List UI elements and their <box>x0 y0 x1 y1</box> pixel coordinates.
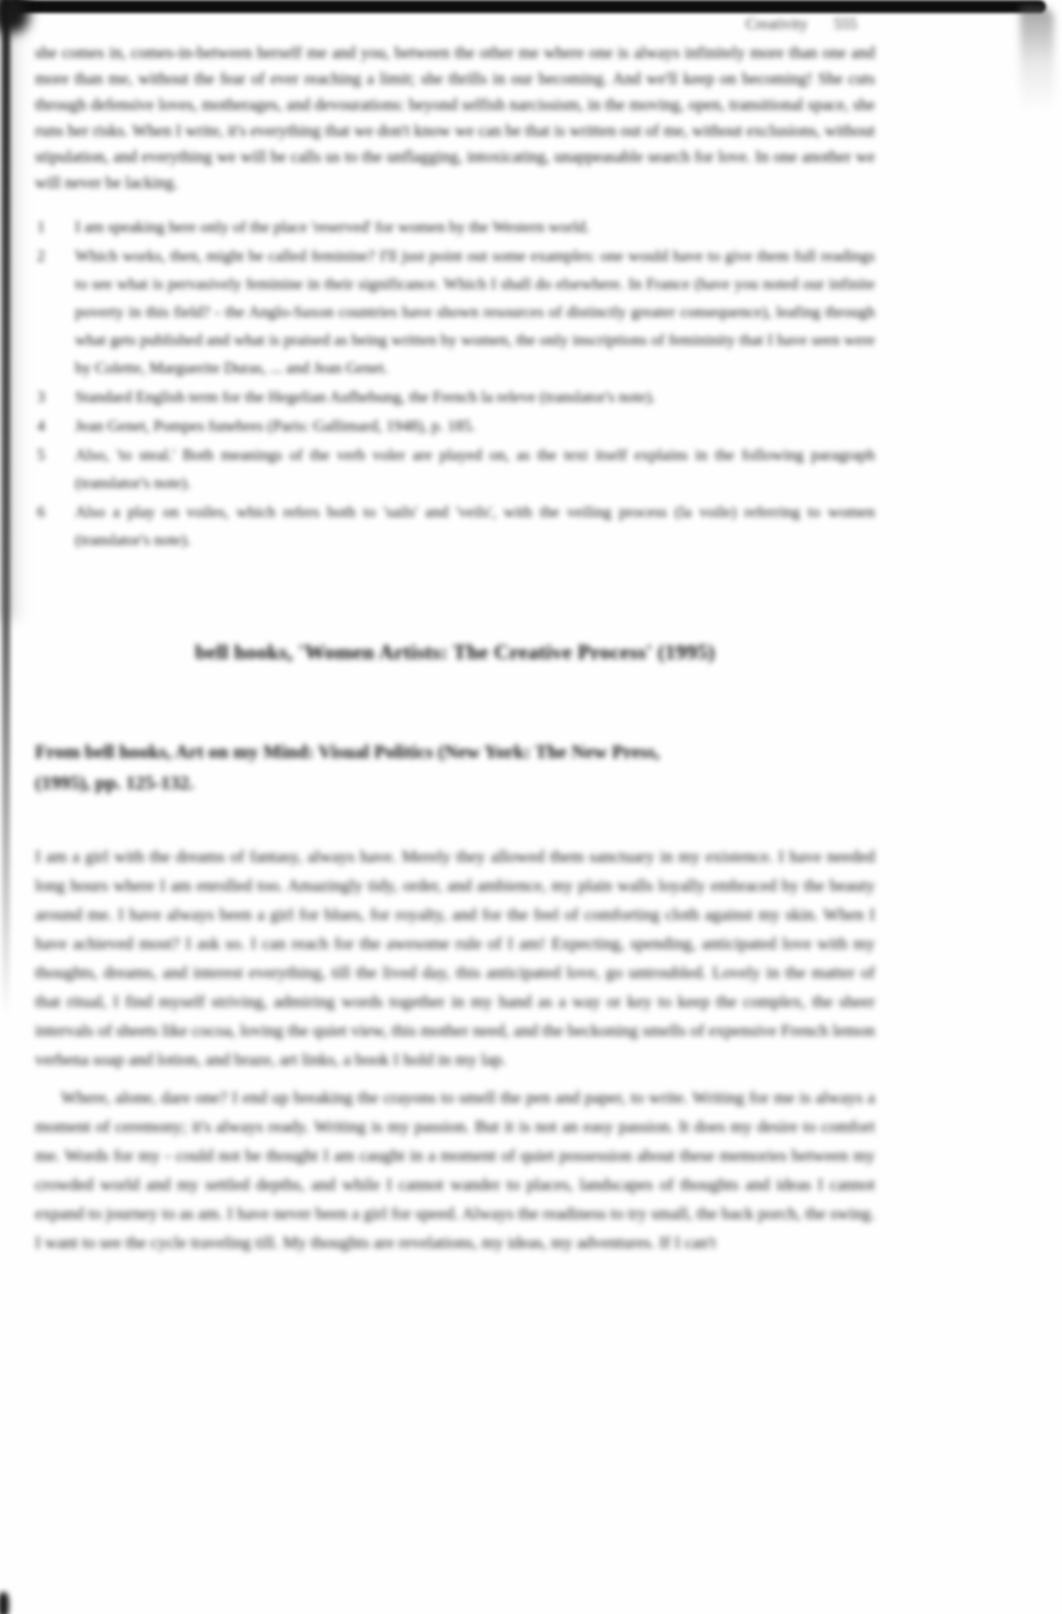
footnote-number: 2 <box>37 243 45 271</box>
running-header: Creativity 555 <box>35 16 875 34</box>
source-citation: From bell hooks, Art on my Mind: Visual … <box>35 737 875 799</box>
footnote-text: Also a play on voiles, which refers both… <box>75 504 875 549</box>
footnote-text: I am speaking here only of the place 're… <box>75 219 590 236</box>
footnote-item: 2 Which works, then, might be called fem… <box>35 243 875 383</box>
footnote-list: 1 I am speaking here only of the place '… <box>35 214 875 556</box>
scanned-page: Creativity 555 she comes in, comes-in-be… <box>0 0 1062 1614</box>
footnote-text: Jean Genet, Pompes funebres (Paris: Gall… <box>75 418 475 435</box>
running-header-page-number: 555 <box>834 16 857 34</box>
footnote-item: 5 Also, 'to steal.' Both meanings of the… <box>35 442 875 498</box>
scanner-top-edge-bar <box>12 0 1046 13</box>
footnote-item: 3 Standard English term for the Hegelian… <box>35 384 875 412</box>
footnote-text: Standard English term for the Hegelian A… <box>75 389 655 406</box>
footnote-number: 3 <box>37 384 45 412</box>
scanner-bottom-left-mark <box>0 1592 9 1614</box>
source-citation-line-1: From bell hooks, Art on my Mind: Visual … <box>35 737 875 768</box>
footnote-text: Which works, then, might be called femin… <box>75 248 875 377</box>
footnote-number: 4 <box>37 413 45 441</box>
excerpt-title: bell hooks, 'Women Artists: The Creative… <box>35 640 875 665</box>
footnote-number: 1 <box>37 214 45 242</box>
source-citation-line-2: (1995), pp. 125-132. <box>35 768 875 799</box>
footnote-text: Also, 'to steal.' Both meanings of the v… <box>75 447 875 492</box>
excerpt-body: I am a girl with the dreams of fantasy, … <box>35 842 875 1257</box>
footnote-item: 6 Also a play on voiles, which refers bo… <box>35 499 875 555</box>
footnote-number: 6 <box>37 499 45 527</box>
running-header-section: Creativity <box>746 16 808 34</box>
book-gutter-shadow-haze <box>0 0 26 620</box>
scanner-top-right-shadow <box>1020 6 1054 111</box>
footnote-number: 5 <box>37 442 45 470</box>
body-paragraph-1: I am a girl with the dreams of fantasy, … <box>35 842 875 1074</box>
footnote-item: 1 I am speaking here only of the place '… <box>35 214 875 242</box>
footnote-item: 4 Jean Genet, Pompes funebres (Paris: Ga… <box>35 413 875 441</box>
previous-excerpt-closing-paragraph: she comes in, comes-in-between herself m… <box>35 40 875 196</box>
body-paragraph-2: Where, alone, dare one? I end up breakin… <box>35 1083 875 1257</box>
